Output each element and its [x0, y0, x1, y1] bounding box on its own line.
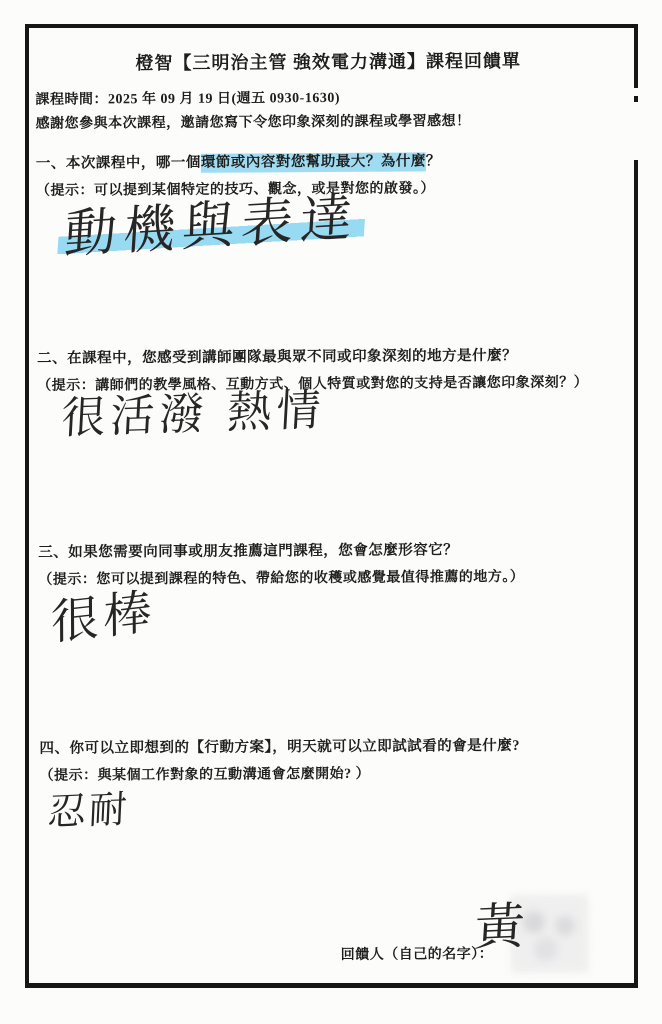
question-1-prefix: 一、本次課程中，哪一個	[36, 155, 201, 172]
question-3-prefix: 三、如果您需要向同事或朋友推薦這門課程，您會怎麼形容它？	[38, 542, 458, 561]
handwritten-answer-2: 很活潑 熱情	[60, 389, 326, 442]
question-1-highlighted-text: 環節或內容對您幫助最大？為什麼	[201, 152, 426, 172]
question-2-prefix: 二、在課程中，您感受到講師團隊最與眾不同或印象深刻的地方是什麼？	[37, 348, 517, 367]
form-content: 橙智【三明治主管 強效電力溝通】課程回饋單 課程時間：2025 年 09 月 1…	[0, 0, 662, 1024]
intro-line: 感謝您參與本次課程，邀請您寫下令您印象深刻的課程或學習感想！	[36, 110, 471, 133]
question-1-suffix: ？	[426, 153, 441, 169]
respondent-label: 回饋人（自己的名字）：	[341, 943, 494, 964]
question-3-text: 三、如果您需要向同事或朋友推薦這門課程，您會怎麼形容它？	[38, 537, 628, 562]
question-3: 三、如果您需要向同事或朋友推薦這門課程，您會怎麼形容它？ （提示：您可以提到課程…	[38, 537, 628, 589]
handwritten-signature: 黃	[473, 901, 526, 953]
course-time-line: 課程時間：2025 年 09 月 19 日(週五 0930-1630)	[35, 87, 340, 109]
handwritten-answer-1: 動機與表達	[57, 190, 367, 264]
handwritten-answer-4: 忍耐	[47, 790, 131, 831]
question-4-prefix: 四、你可以立即想到的【行動方案】，明天就可以立即試試看的會是什麼?	[39, 738, 520, 757]
question-4-text: 四、你可以立即想到的【行動方案】，明天就可以立即試試看的會是什麼?	[39, 733, 629, 758]
form-title: 橙智【三明治主管 強效電力溝通】課程回饋單	[0, 46, 659, 76]
question-1-text: 一、本次課程中，哪一個環節或內容對您幫助最大？為什麼？	[36, 148, 626, 173]
question-4: 四、你可以立即想到的【行動方案】，明天就可以立即試試看的會是什麼? （提示：與某…	[39, 733, 629, 785]
question-4-hint: （提示：與某個工作對象的互動溝通會怎麼開始? ）	[40, 761, 630, 785]
question-2: 二、在課程中，您感受到講師團隊最與眾不同或印象深刻的地方是什麼？ （提示：講師們…	[37, 343, 627, 395]
question-3-hint: （提示：您可以提到課程的特色、帶給您的收穫或感覺最值得推薦的地方。）	[38, 565, 628, 589]
scanned-feedback-form: 橙智【三明治主管 強效電力溝通】課程回饋單 課程時間：2025 年 09 月 1…	[0, 0, 662, 1024]
handwritten-answer-3: 很棒	[51, 587, 157, 647]
question-2-text: 二、在課程中，您感受到講師團隊最與眾不同或印象深刻的地方是什麼？	[37, 343, 627, 368]
